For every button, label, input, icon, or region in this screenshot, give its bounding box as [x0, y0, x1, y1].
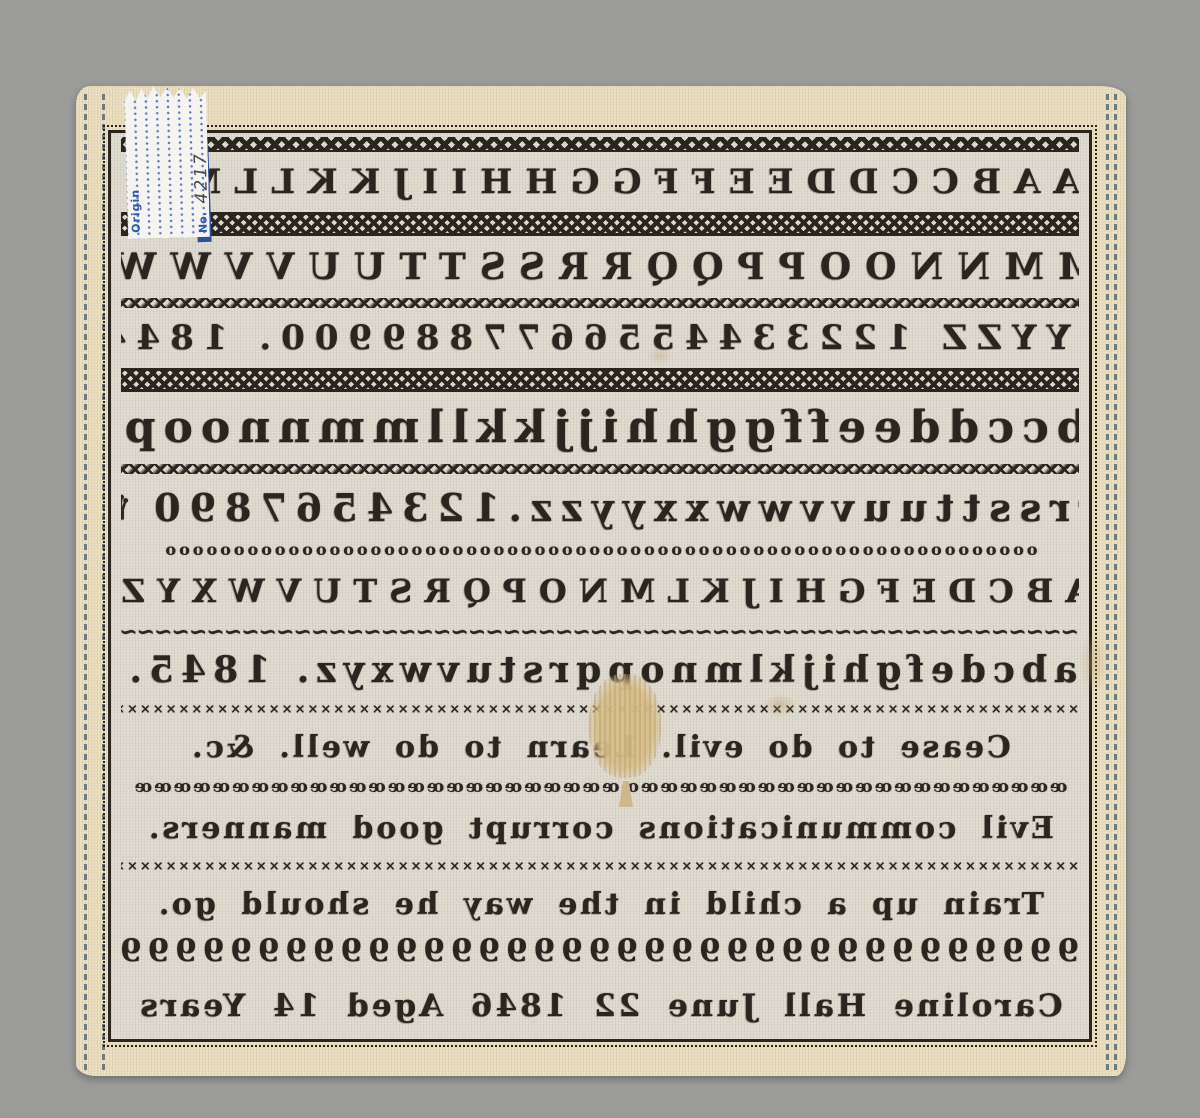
stain	[647, 347, 673, 365]
row-alphabet-caps-full: ABCDEFGHIJKLMNOPQRSTUVWXYZ	[121, 566, 1079, 616]
row-alphabet-caps-x-z-numerals: XYYZZ 1223344556677889900. 1844	[121, 313, 1079, 363]
divider-spiral-band: 9999999999999999999999999999999999999999	[121, 936, 1079, 974]
divider-zigzag-thin	[121, 298, 1079, 308]
divider-wave-line: ~~~~~~~~~~~~~~~~~~~~~~~~~~~~~~~~~~~~~~~~…	[121, 621, 1079, 637]
stitched-text: ABCDEFGHIJKLMNOPQRSTUVWXYZ	[121, 575, 1079, 607]
selvage-stripe	[1114, 92, 1117, 1070]
crown-motif: ♛	[121, 491, 131, 525]
border-band-top	[121, 137, 1079, 152]
row-alphabet-lower-r-z-numerals: rrssttuuvvwwxxyyzz.1234567890 ♛	[121, 479, 1079, 537]
stitched-text: Train up a child in the way he should go…	[156, 890, 1044, 920]
stitched-panel: AABCCDDEEFFGGHHIIJKKLLMM MMNNOOPPQQRRSST…	[108, 130, 1092, 1042]
stitched-text: MMNNOOPPQQRRSSTTUUVVWW	[121, 249, 1079, 285]
museum-tag: Origin No. 4217	[124, 85, 210, 239]
divider-zigzag-thin	[121, 464, 1079, 474]
row-verse-evil-communications: Evil communications corrupt good manners…	[121, 803, 1079, 855]
stitched-text: Caroline Hall June 22 1846 Aged 14 Years	[137, 991, 1062, 1022]
divider-ring-chain: oooooooooooooooooooooooooooooooooooooooo…	[121, 542, 1079, 560]
row-verse-train-up-a-child: Train up a child in the way he should go…	[121, 879, 1079, 931]
stitched-text: abcdefghijklmnopqrstuvwxyz. 1845.	[123, 652, 1078, 688]
stitched-text: Evil communications corrupt good manners…	[146, 814, 1054, 844]
stain	[1079, 633, 1109, 693]
selvage-stripe	[102, 92, 105, 1070]
divider-scroll-band: œœœœœœœœœœœœœœœœœœœœœœœœœœœœœœœœœœœœœœœœ…	[121, 779, 1079, 798]
darned-repair-patch	[589, 674, 661, 778]
stitched-text: AABCCDDEEFFGGHHIIJKKLLMM	[121, 165, 1079, 199]
row-alphabet-lower-a-q: aabbccddeeffgghhijjkkllmmnnooppqq	[121, 397, 1079, 459]
divider-band-herringbone	[121, 368, 1079, 392]
tag-origin-label: Origin	[129, 189, 143, 233]
photograph-background: AABCCDDEEFFGGHHIIJKKLLMM MMNNOOPPQQRRSST…	[0, 0, 1200, 1118]
divider-cross-chain: ××××××××××××××××××××××××××××××××××××××××…	[121, 860, 1079, 874]
tag-no-label: No.	[196, 212, 210, 233]
row-alphabet-caps-m-w: MMNNOOPPQQRRSSTTUUVVWW	[121, 241, 1079, 293]
stain	[763, 693, 797, 717]
stitched-text: XYYZZ 1223344556677889900. 1844	[121, 321, 1079, 355]
divider-band-zigzag-thick	[121, 212, 1079, 236]
row-alphabet-caps-a-m: AABCCDDEEFFGGHHIIJKKLLMM	[121, 157, 1079, 207]
selvage-stripe	[1106, 92, 1109, 1070]
row-signature: Caroline Hall June 22 1846 Aged 14 Years	[121, 979, 1079, 1035]
stitched-text: rrssttuuvvwwxxyyzz.1234567890	[145, 489, 1079, 527]
selvage-stripe	[84, 92, 87, 1070]
sampler-fabric: AABCCDDEEFFGGHHIIJKKLLMM MMNNOOPPQQRRSST…	[76, 86, 1126, 1076]
stitched-text: aabbccddeeffgghhijjkkllmmnnooppqq	[121, 406, 1079, 450]
